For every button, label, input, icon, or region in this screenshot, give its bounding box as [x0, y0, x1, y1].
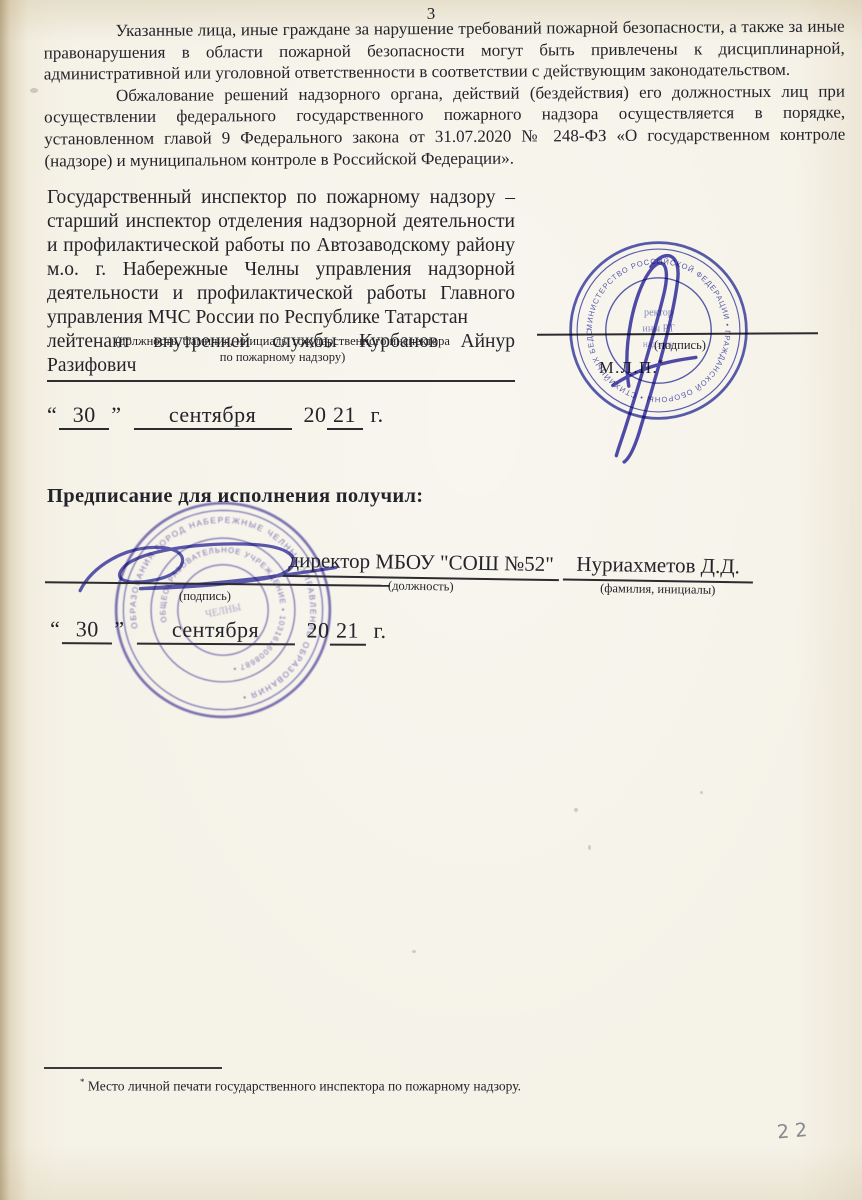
- inspector-caption: (должность, фамилия, инициалы государств…: [60, 334, 505, 365]
- recipient-name-group: Нуриахметов Д.Д. (фамилия, инициалы): [563, 552, 754, 599]
- scan-speck: [30, 88, 38, 93]
- date-year: 21: [329, 618, 365, 646]
- scan-speck: [412, 950, 416, 953]
- school-round-stamp: ОБРАЗОВАНИЯ ГОРОД НАБЕРЕЖНЫЕ ЧЕЛНЫ • УПР…: [89, 476, 357, 744]
- date-day: 30: [59, 402, 109, 430]
- close-quote: ”: [111, 402, 121, 428]
- paragraph-appeal: Обжалование решений надзорного органа, д…: [44, 80, 846, 171]
- date-suffix: г.: [371, 402, 384, 428]
- scanned-document-page: 3 Указанные лица, иные граждане за наруш…: [0, 0, 862, 1200]
- inspector-position-text: Государственный инспектор по пожарному н…: [47, 187, 515, 328]
- signature-strokes: [610, 254, 699, 465]
- inspector-handwritten-signature: [582, 234, 730, 471]
- footnote-rule: [44, 1067, 222, 1069]
- date-month: сентября: [136, 617, 294, 646]
- inspection-date: “30”сентября2021г.: [47, 402, 384, 430]
- inspector-caption-line2: по пожарному надзору): [60, 350, 505, 366]
- recipient-name-caption: (фамилия, инициалы): [563, 581, 753, 599]
- recipient-signature-caption: (подпись): [150, 589, 260, 605]
- footnote: * Место личной печати государственного и…: [80, 1077, 700, 1095]
- received-date: “30”сентября2021г.: [50, 616, 387, 646]
- open-quote: “: [47, 402, 57, 428]
- recipient-position-group: директор МБОУ "СОШ №52" (должность): [283, 548, 560, 597]
- pencil-page-mark: 22: [776, 1118, 814, 1143]
- recipient-name-value: Нуриахметов Д.Д.: [563, 552, 753, 580]
- date-century: 20: [306, 617, 329, 643]
- date-suffix: г.: [373, 618, 386, 644]
- footnote-text: Место личной печати государственного инс…: [88, 1079, 521, 1094]
- open-quote: “: [50, 616, 60, 642]
- scan-speck: [588, 845, 591, 850]
- footnote-mark: *: [80, 1077, 85, 1087]
- date-century: 20: [304, 402, 327, 428]
- scan-speck: [574, 808, 578, 812]
- date-year: 21: [327, 402, 363, 430]
- scan-speck: [700, 791, 703, 794]
- date-day: 30: [62, 616, 112, 644]
- body-paragraphs: Указанные лица, иные граждане за нарушен…: [44, 16, 846, 172]
- paragraph-liability: Указанные лица, иные граждане за нарушен…: [44, 16, 845, 86]
- close-quote: ”: [114, 616, 124, 642]
- inspector-caption-line1: (должность, фамилия, инициалы государств…: [60, 334, 505, 350]
- recipient-position-value: директор МБОУ "СОШ №52": [283, 548, 559, 577]
- date-month: сентября: [134, 402, 292, 430]
